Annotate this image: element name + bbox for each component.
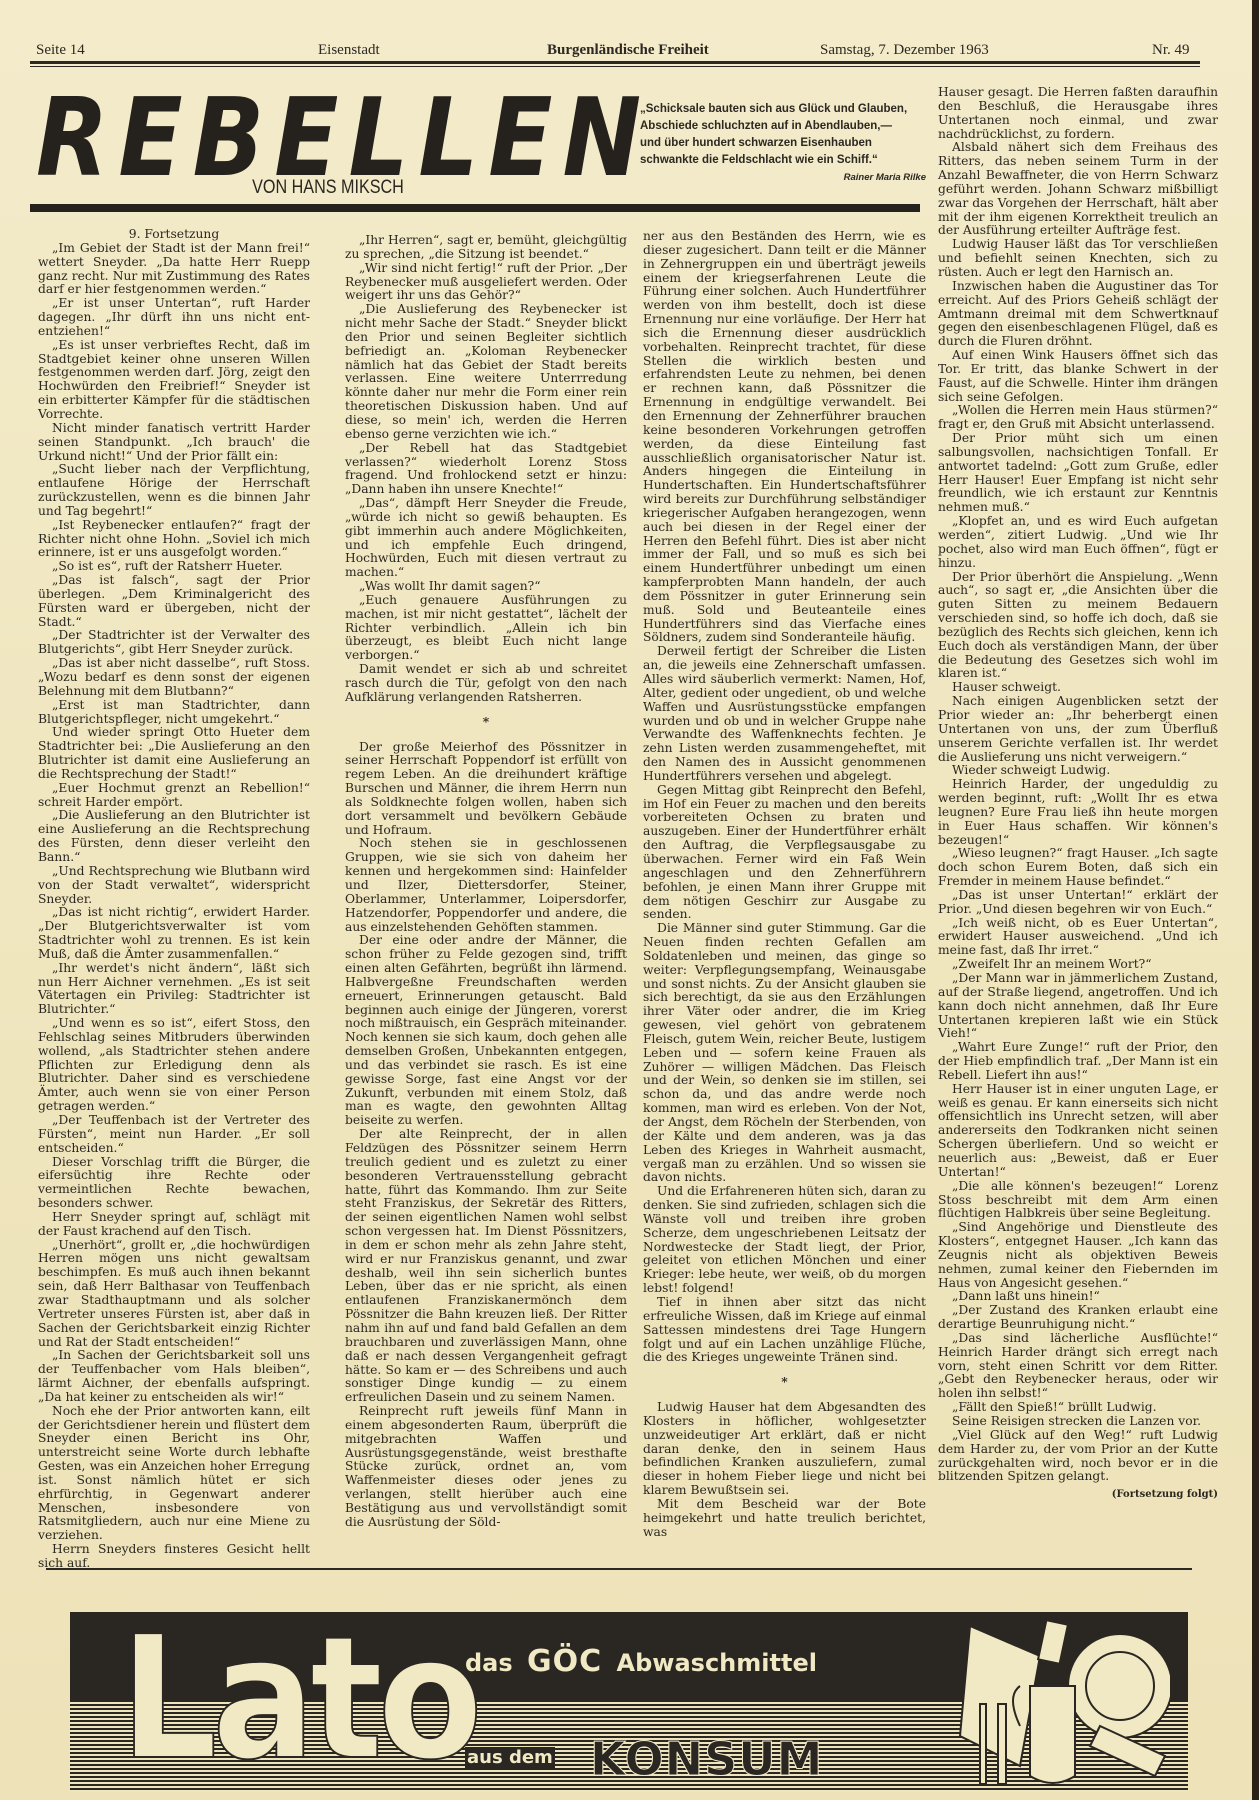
article-paragraph: „Euch genauere Ausführungen zu machen, i… [345,594,627,663]
article-paragraph: „Das ist unser Untertan!“ erklärt der Pr… [938,889,1218,917]
masthead: Seite 14 Eisenstadt Burgenländische Frei… [30,38,1200,60]
article-column-2: „Ihr Herren“, sagt er, bemüht, gleichgül… [345,234,627,1530]
article-paragraph: Dieser Vorschlag trifft die Bürger, die … [38,1156,310,1211]
article-paragraph: Der alte Reinprecht, der in allen Feldzü… [345,1128,627,1405]
article-paragraph: Reinprecht ruft jeweils fünf Mann in ein… [345,1405,627,1530]
article-paragraph: Derweil fertigt der Schreiber die Listen… [643,645,926,783]
continued-note: (Fortsetzung folgt) [938,1488,1218,1502]
issue-number: Nr. 49 [1152,42,1190,59]
article-paragraph: „Klopfet an, und es wird Euch aufgetan w… [938,515,1218,570]
article-paragraph: „Die Auslieferung des Reybenecker ist ni… [345,303,627,441]
article-paragraph: Alsbald nähert sich dem Freihaus des Rit… [938,141,1218,238]
article-paragraph: „Und wenn es so ist“, eifert Stoss, den … [38,1017,310,1114]
article-paragraph: „Ist Reybenecker entlaufen?“ fragt der R… [38,519,310,561]
article-paragraph: „Das sind lächerliche Ausflüchte!“ Heinr… [938,1332,1218,1401]
article-paragraph: Der Prior überhört die Anspielung. „Wenn… [938,571,1218,682]
newspaper-name: Burgenländische Freiheit [547,42,709,59]
epigraph-line: schwankte die Feldschlacht wie ein Schif… [640,152,930,169]
article-paragraph: „Dann laßt uns hinein!“ [938,1290,1218,1304]
article-paragraph: Heinrich Harder, der ungeduldig zu werde… [938,778,1218,847]
article-paragraph: „Die Auslieferung an den Blutrichter ist… [38,809,310,864]
article-paragraph: „Das“, dämpft Herr Sneyder die Freude, „… [345,497,627,580]
article-paragraph: Damit wendet er sich ab und schreitet ra… [345,663,627,705]
article-paragraph: Hauser gesagt. Die Herren faßten daraufh… [938,86,1218,141]
article-paragraph: Seine Reisigen strecken die Lanzen vor. [938,1415,1218,1429]
article-paragraph: „Der Stadtrichter ist der Verwalter des … [38,629,310,657]
article-column-4: Hauser gesagt. Die Herren faßten daraufh… [938,86,1218,1502]
article-paragraph: Und die Erfahreneren hüten sich, daran z… [643,1185,926,1296]
article-paragraph: Und wieder springt Otto Hueter dem Stadt… [38,726,310,781]
dishes-icon [950,1616,1170,1788]
article-byline: VON HANS MIKSCH [201,177,456,199]
article-paragraph: „Der Zustand des Kranken erlaubt eine de… [938,1304,1218,1332]
article-paragraph: „So ist es“, ruft der Ratsherr Hueter. [38,560,310,574]
article-paragraph: „Das ist aber nicht dasselbe“, ruft Stos… [38,657,310,699]
epigraph-line: Abschiede schluchzten auf in Abendlauben… [640,118,930,135]
article-paragraph: Ludwig Hauser hat dem Abgesandten des Kl… [643,1401,926,1498]
article-paragraph: „Der Rebell hat das Stadtgebiet verlasse… [345,442,627,497]
ad-slogan-prefix: das [465,1649,513,1677]
article-paragraph: Die Männer sind guter Stimmung. Gar die … [643,922,926,1185]
article-paragraph: „Euer Hochmut grenzt an Rebellion!“ schr… [38,782,310,810]
section-divider: * [345,715,627,729]
epigraph: „Schicksale bauten sich aus Glück und Gl… [640,101,930,169]
goc-logo-icon: GÖC [521,1644,608,1679]
article-paragraph: „Es ist unser verbrieftes Recht, daß im … [38,339,310,422]
ad-slogan-suffix: Abwaschmittel [617,1649,817,1677]
article-paragraph: Gegen Mittag gibt Reinprecht den Befehl,… [643,784,926,922]
article-paragraph: Mit dem Bescheid war der Bote heimgekehr… [643,1498,926,1540]
article-paragraph: „In Sachen der Gerichtsbarkeit soll uns … [38,1349,310,1404]
article-paragraph: „Und Rechtsprechung wie Blutbann wird vo… [38,865,310,907]
article-paragraph: Herr Sneyder springt auf, schlägt mit de… [38,1211,310,1239]
article-paragraph: „Im Gebiet der Stadt ist der Mann frei!“… [38,242,310,297]
advertisement: Lato das GÖC Abwaschmittel aus dem KONSU… [70,1612,1188,1792]
article-paragraph: „Wieso leugnen?“ fragt Hauser. „Ich sagt… [938,847,1218,889]
article-paragraph: „Sind Angehörige und Dienstleute des Klo… [938,1221,1218,1290]
article-paragraph: „Ihr werdet's nicht ändern“, läßt sich n… [38,962,310,1017]
section-divider: * [643,1375,926,1389]
article-paragraph: „Wir sind nicht fertig!“ ruft der Prior.… [345,262,627,304]
article-paragraph: „Ich weiß nicht, ob es Euer Untertan“, e… [938,917,1218,959]
article-paragraph: „Das ist falsch“, sagt der Prior überleg… [38,574,310,629]
article-paragraph: „Ihr Herren“, sagt er, bemüht, gleichgül… [345,234,627,262]
ad-slogan: das GÖC Abwaschmittel [465,1644,817,1679]
article-paragraph: „Unerhört“, grollt er, „die hochwürdigen… [38,1239,310,1350]
article-paragraph: Noch ehe der Prior antworten kann, eilt … [38,1405,310,1543]
epigraph-author: Rainer Maria Rilke [780,172,926,183]
city: Eisenstadt [318,42,380,59]
article-paragraph: Herrn Sneyders finsteres Gesicht hellt s… [38,1543,310,1571]
newspaper-page: Seite 14 Eisenstadt Burgenländische Frei… [0,0,1252,1800]
ad-brand: Lato [120,1614,477,1784]
article-paragraph: „Sucht lieber nach der Verpflichtung, en… [38,463,310,518]
article-paragraph: „Er ist unser Untertan“, ruft Harder dag… [38,297,310,339]
article-paragraph: Der eine oder andre der Männer, die scho… [345,934,627,1128]
page-number: Seite 14 [36,42,85,59]
title-rule [30,204,920,212]
article-paragraph: „Der Teuffenbach ist der Vertreter des F… [38,1114,310,1156]
article-paragraph: „Erst ist man Stadtrichter, dann Blutger… [38,699,310,727]
article-paragraph: Herr Hauser ist in einer unguten Lage, e… [938,1083,1218,1180]
installment-label: 9. Fortsetzung [38,228,310,242]
epigraph-line: „Schicksale bauten sich aus Glück und Gl… [640,101,930,118]
article-paragraph: Tief in ihnen aber sitzt das nicht erfre… [643,1296,926,1365]
article-paragraph: Nicht minder fanatisch vertritt Harder s… [38,422,310,464]
article-paragraph: „Was wollt Ihr damit sagen?“ [345,580,627,594]
article-paragraph: ner aus den Beständen des Herrn, wie es … [643,230,926,645]
article-bottom-rule [46,1568,1192,1570]
article-paragraph: Nach einigen Augenblicken setzt der Prio… [938,695,1218,764]
issue-date: Samstag, 7. Dezember 1963 [820,42,989,59]
article-paragraph: „Wollen die Herren mein Haus stürmen?“ f… [938,404,1218,432]
ad-store-name: KONSUM [590,1734,823,1784]
article-paragraph: „Fällt den Spieß!“ brüllt Ludwig. [938,1401,1218,1415]
article-paragraph: „Das ist nicht richtig“, erwidert Harder… [38,906,310,961]
epigraph-line: und über hundert schwarzen Eisenhauben [640,135,930,152]
article-paragraph: Ludwig Hauser läßt das Tor verschließen … [938,238,1218,280]
article-paragraph: „Die alle können's bezeugen!“ Lorenz Sto… [938,1180,1218,1222]
ad-from-text: aus dem [465,1747,555,1768]
article-paragraph: „Wahrt Eure Zunge!“ ruft der Prior, den … [938,1041,1218,1083]
article-paragraph: Noch stehen sie in geschlossenen Gruppen… [345,837,627,934]
article-paragraph: Wieder schweigt Ludwig. [938,764,1218,778]
article-paragraph: Der Prior müht sich um einen salbungsvol… [938,432,1218,515]
masthead-rule [30,61,1200,64]
article-column-1: 9. Fortsetzung „Im Gebiet der Stadt ist … [38,228,310,1571]
article-paragraph: Hauser schweigt. [938,681,1218,695]
article-paragraph: „Der Mann war in jämmerlichem Zustand, a… [938,972,1218,1041]
article-paragraph: Der große Meierhof des Pössnitzer in sei… [345,741,627,838]
article-paragraph: „Viel Glück auf den Weg!“ ruft Ludwig de… [938,1429,1218,1484]
article-paragraph: Auf einen Wink Hausers öffnet sich das T… [938,349,1218,404]
masthead-rule-thin [30,66,1200,67]
article-column-3: ner aus den Beständen des Herrn, wie es … [643,230,926,1539]
article-paragraph: Inzwischen haben die Augustiner das Tor … [938,280,1218,349]
article-paragraph: „Zweifelt Ihr an meinem Wort?“ [938,958,1218,972]
page-edge [1252,0,1259,1800]
